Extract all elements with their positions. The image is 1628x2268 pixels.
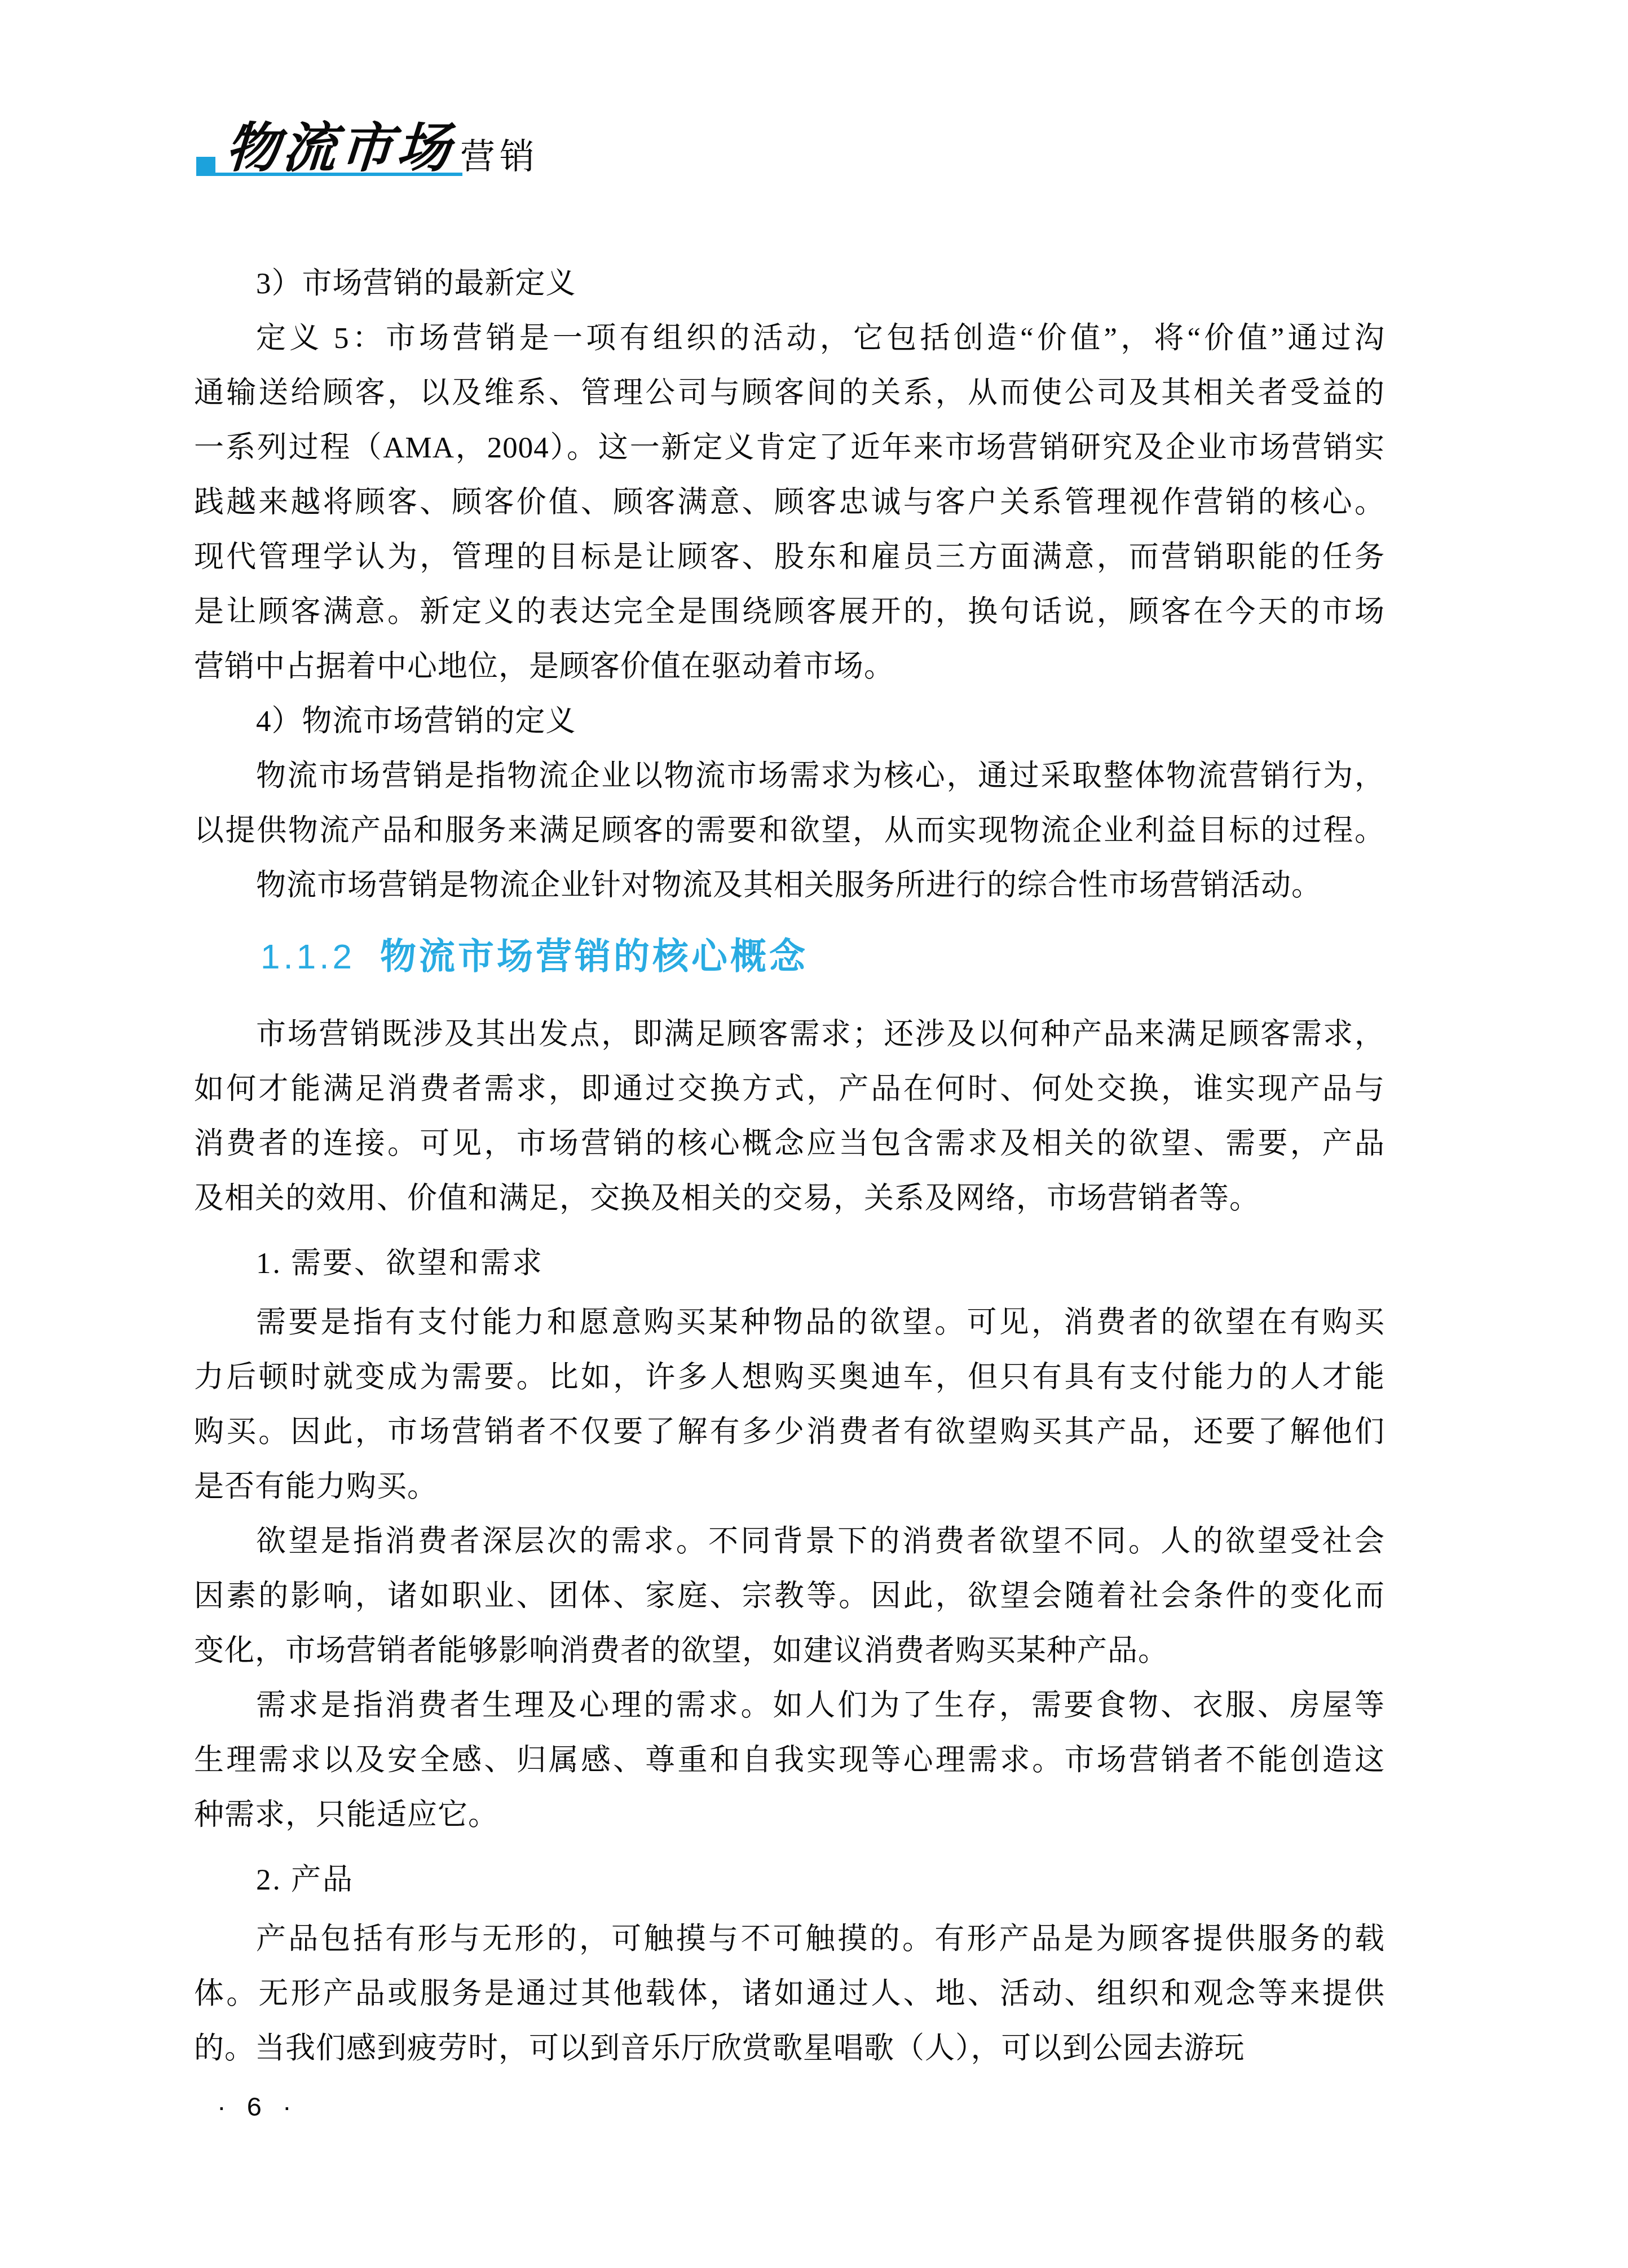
text-line: 物流市场营销是指物流企业以物流市场需求为核心，通过采取整体物流营销行为，: [194, 749, 1385, 804]
text-line: 以提供物流产品和服务来满足顾客的需要和欲望，从而实现物流企业利益目标的过程。: [194, 804, 1385, 858]
page-number: · 6 ·: [217, 2090, 298, 2124]
text-line: 一系列过程（AMA，2004）。这一新定义肯定了近年来市场营销研究及企业市场营销…: [194, 421, 1385, 475]
header-accent-square: [196, 157, 215, 174]
numbered-subheading: 1. 需要、欲望和需求: [194, 1236, 1385, 1291]
text-line: 种需求，只能适应它。: [194, 1788, 1385, 1843]
text-line: 变化，市场营销者能够影响消费者的欲望，如建议消费者购买某种产品。: [194, 1624, 1385, 1679]
text-line: 生理需求以及安全感、归属感、尊重和自我实现等心理需求。市场营销者不能创造这: [194, 1733, 1385, 1788]
text-line: 产品包括有形与无形的，可触摸与不可触摸的。有形产品是为顾客提供服务的载: [194, 1912, 1385, 1967]
text-line: 体。无形产品或服务是通过其他载体，诸如通过人、地、活动、组织和观念等来提供: [194, 1967, 1385, 2022]
text-line: 现代管理学认为，管理的目标是让顾客、股东和雇员三方面满意，而营销职能的任务: [194, 530, 1385, 585]
text-line: 欲望是指消费者深层次的需求。不同背景下的消费者欲望不同。人的欲望受社会: [194, 1514, 1385, 1569]
book-title-regular: 营销: [460, 140, 539, 175]
text-line: 及相关的效用、价值和满足，交换及相关的交易，关系及网络，市场营销者等。: [194, 1172, 1385, 1226]
book-page: 物流市场 营销 3）市场营销的最新定义定义 5：市场营销是一项有组织的活动，它包…: [0, 0, 1628, 2268]
book-title-script: 物流市场: [224, 121, 456, 175]
text-line: 3）市场营销的最新定义: [194, 257, 1385, 311]
body-text: 3）市场营销的最新定义定义 5：市场营销是一项有组织的活动，它包括创造“价值”，…: [194, 257, 1385, 2076]
text-line: 的。当我们感到疲劳时，可以到音乐厅欣赏歌星唱歌（人），可以到公园去游玩: [194, 2022, 1385, 2076]
text-line: 是让顾客满意。新定义的表达完全是围绕顾客展开的，换句话说，顾客在今天的市场: [194, 585, 1385, 640]
text-line: 是否有能力购买。: [194, 1460, 1385, 1514]
text-line: 需求是指消费者生理及心理的需求。如人们为了生存，需要食物、衣服、房屋等: [194, 1679, 1385, 1733]
text-line: 需要是指有支付能力和愿意购买某种物品的欲望。可见，消费者的欲望在有购买: [194, 1296, 1385, 1350]
text-line: 4）物流市场营销的定义: [194, 694, 1385, 749]
text-line: 营销中占据着中心地位，是顾客价值在驱动着市场。: [194, 640, 1385, 694]
section-heading-number: 1.1.2: [261, 932, 355, 983]
text-line: 市场营销既涉及其出发点，即满足顾客需求；还涉及以何种产品来满足顾客需求，: [194, 1007, 1385, 1062]
text-line: 通输送给顾客，以及维系、管理公司与顾客间的关系，从而使公司及其相关者受益的: [194, 366, 1385, 421]
text-line: 定义 5：市场营销是一项有组织的活动，它包括创造“价值”，将“价值”通过沟: [194, 311, 1385, 366]
text-line: 消费者的连接。可见，市场营销的核心概念应当包含需求及相关的欲望、需要，产品: [194, 1117, 1385, 1172]
text-line: 力后顿时就变成为需要。比如，许多人想购买奥迪车，但只有具有支付能力的人才能: [194, 1350, 1385, 1405]
text-line: 践越来越将顾客、顾客价值、顾客满意、顾客忠诚与客户关系管理视作营销的核心。: [194, 475, 1385, 530]
text-line: 购买。因此，市场营销者不仅要了解有多少消费者有欲望购买其产品，还要了解他们: [194, 1405, 1385, 1460]
section-heading: 1.1.2物流市场营销的核心概念: [194, 931, 1385, 981]
section-heading-title: 物流市场营销的核心概念: [380, 931, 808, 981]
running-head: 物流市场 营销: [226, 112, 539, 175]
text-line: 因素的影响，诸如职业、团体、家庭、宗教等。因此，欲望会随着社会条件的变化而: [194, 1569, 1385, 1624]
text-line: 物流市场营销是物流企业针对物流及其相关服务所进行的综合性市场营销活动。: [194, 858, 1385, 913]
text-line: 如何才能满足消费者需求，即通过交换方式，产品在何时、何处交换，谁实现产品与: [194, 1062, 1385, 1117]
numbered-subheading: 2. 产品: [194, 1853, 1385, 1908]
